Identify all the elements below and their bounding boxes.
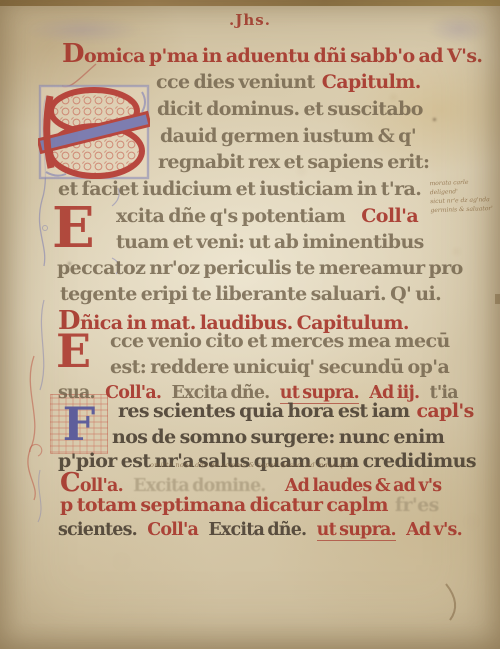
text-line: cce dies veniuntCapitulm. bbox=[156, 72, 421, 93]
collect-text: xcita dñe q's potentiam bbox=[116, 205, 345, 227]
text-line: tuam et veni: ut ab iminentibus bbox=[116, 232, 424, 253]
rubric-text: p totam septimana dicatur caplm bbox=[60, 494, 388, 516]
text-line: res scientes quia hora est iamcapl's bbox=[118, 401, 474, 422]
text-line: cce venio cito et merces mea mecū bbox=[110, 331, 450, 352]
text-line: xcita dñe q's potentiamColl'a bbox=[116, 206, 418, 227]
interlinear-gloss: omitte nona dñe de somnis & sapet' desed… bbox=[150, 461, 480, 469]
capitulum-text: cce dies veniunt bbox=[156, 71, 315, 93]
manuscript-page: .Jhs. E E F Domica p bbox=[0, 0, 500, 649]
parchment-stains bbox=[0, 0, 3, 3]
text-line: scientes. Coll'a Excita dñe. ut supra. A… bbox=[58, 521, 462, 540]
text-line: dauid germen iustum & q' bbox=[160, 126, 416, 147]
invocation-ihs: .Jhs. bbox=[0, 12, 500, 29]
parchment-top-edge bbox=[0, 0, 500, 6]
capitulum-fratres: res scientes quia hora est iam bbox=[118, 400, 409, 422]
initial-e-excita: E bbox=[52, 200, 95, 256]
rubric-per-totam: p totam septimana dicatur caplmfr'es bbox=[60, 495, 439, 516]
marginal-annotation: morata carle deligend' sicut nr'e dz ag'… bbox=[429, 177, 498, 215]
text-line: regnabit rex et sapiens erit: bbox=[158, 152, 429, 173]
rubric-advent-vespers: Domica p'ma in aduentu dñi sabb'o ad V's… bbox=[62, 40, 482, 69]
rubric-text: Domica p'ma in aduentu dñi sabb'o ad V's… bbox=[62, 45, 482, 67]
rubric-collecta: Coll'a. bbox=[60, 476, 123, 496]
rubric-ad-vesperas: Ad v's. bbox=[406, 520, 462, 540]
text-line: dicit dominus. et suscitabo bbox=[157, 99, 423, 120]
rubric-ad-laudes: Ad laudes & ad v's bbox=[285, 476, 441, 496]
gloss-line: morata carle deligend' bbox=[429, 177, 498, 197]
body-text: scientes. bbox=[58, 520, 137, 540]
rubric-collecta: Coll'a bbox=[361, 205, 418, 227]
rubric-capitulum: capl's bbox=[416, 400, 473, 422]
gloss-line: germinis & saluator' bbox=[430, 204, 498, 215]
text-line: tegente eripi te liberante saluari. Q' u… bbox=[60, 284, 441, 305]
text-line: est: reddere unicuiq' secundū op'a bbox=[110, 357, 449, 378]
incipit-excita: Excita dñe. bbox=[208, 520, 306, 540]
illuminated-initial-e bbox=[38, 84, 150, 180]
incipit-excita: Excita domine. bbox=[133, 476, 265, 496]
faded-word: fr'es bbox=[395, 494, 439, 516]
text-line: peccatoz nr'oz periculis te mereamur pro bbox=[57, 258, 463, 279]
rubric-ut-supra: ut supra. bbox=[317, 520, 396, 541]
text-line: nos de somno surgere: nunc enim bbox=[112, 427, 444, 448]
body-text: sua. bbox=[58, 383, 95, 403]
initial-f-letter: F bbox=[63, 397, 96, 451]
text-line: et faciet iudicium et iusticiam in t'ra. bbox=[58, 179, 421, 200]
rubric-collecta: Coll'a bbox=[147, 520, 198, 540]
rubric-capitulum: Capitulm. bbox=[322, 71, 421, 93]
